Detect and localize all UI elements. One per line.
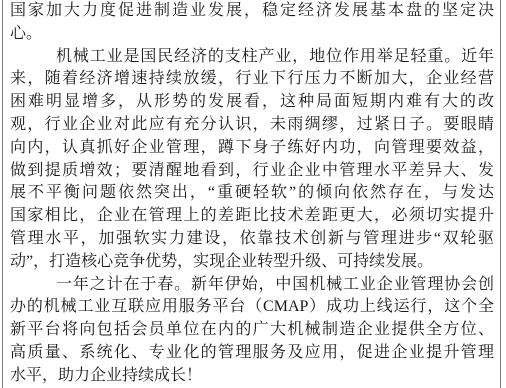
- document-text-body: 国家加大力度促进制造业发展，稳定经济发展基本盘的坚定决 心。 机械工业是国民经济…: [10, 0, 494, 388]
- text-line: 观，行业企业对此应有充分认识，未雨绸缪，过紧日子。要眼睛: [10, 114, 494, 137]
- text-line: 心。: [10, 23, 494, 46]
- text-line: 一年之计在于春。新年伊始，中国机械工业企业管理协会创: [10, 274, 494, 297]
- document-page: 国家加大力度促进制造业发展，稳定经济发展基本盘的坚定决 心。 机械工业是国民经济…: [0, 0, 506, 388]
- text-line: 做到提质增效；要清醒地看到，行业企业中管理水平差异大、发: [10, 160, 494, 183]
- text-line: 动”，打造核心竞争优势，实现企业转型升级、可持续发展。: [10, 251, 494, 274]
- text-line: 国家加大力度促进制造业发展，稳定经济发展基本盘的坚定决: [10, 0, 494, 23]
- text-line: 水平，助力企业持续成长！: [10, 365, 494, 388]
- page-border-left-line: [2, 0, 3, 388]
- page-border-right-line: [500, 0, 501, 388]
- text-line: 向内，认真抓好企业管理，蹲下身子练好内功，向管理要效益，: [10, 137, 494, 160]
- text-line: 管理水平，加强软实力建设，依靠技术创新与管理进步“双轮驱: [10, 228, 494, 251]
- text-line: 办的机械工业互联应用服务平台（CMAP）成功上线运行，这个全: [10, 296, 494, 319]
- text-line: 高质量、系统化、专业化的管理服务及应用，促进企业提升管理: [10, 342, 494, 365]
- text-line: 展不平衡问题依然突出，“重硬轻软”的倾向依然存在，与发达: [10, 182, 494, 205]
- text-line: 来，随着经济增速持续放缓，行业下行压力不断加大，企业经营: [10, 68, 494, 91]
- text-line: 国家相比，企业在管理上的差距比技术差距更大，必须切实提升: [10, 205, 494, 228]
- text-line: 机械工业是国民经济的支柱产业，地位作用举足轻重。近年: [10, 46, 494, 69]
- text-line: 困难明显增多，从形势的发展看，这种局面短期内难有大的改: [10, 91, 494, 114]
- text-line: 新平台将向包括会员单位在内的广大机械制造企业提供全方位、: [10, 319, 494, 342]
